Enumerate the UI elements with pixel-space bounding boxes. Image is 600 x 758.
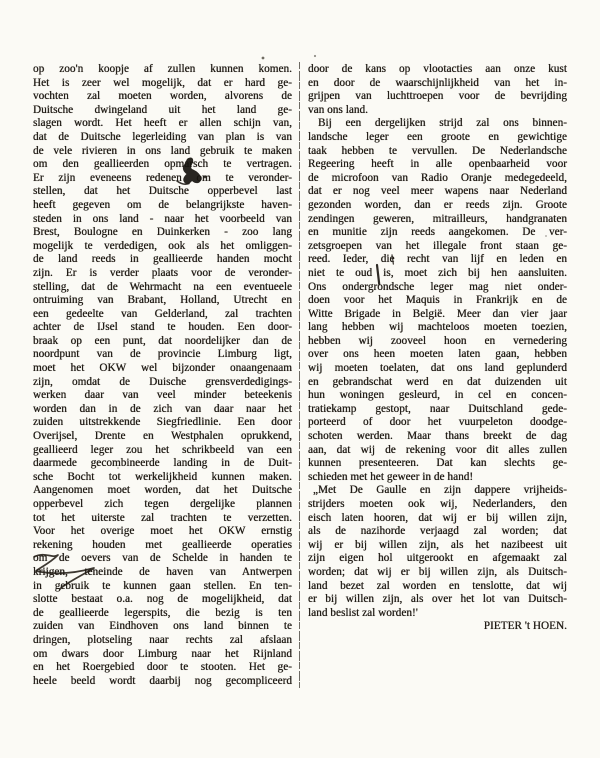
text-line: van ons land. [308,104,567,118]
article-column-left: op zoo'n koopje af zullen kunnen komen.H… [33,63,292,688]
text-line: heeft gegeven om de belangrijkste haven- [33,199,292,213]
text-line: zijn eigen hol uitgerookt en afgemaakt z… [308,552,567,566]
text-line: reed. Ieder, die recht van lijf en leden… [308,253,567,267]
newspaper-scan-page: op zoo'n koopje af zullen kunnen komen.H… [0,0,600,758]
text-line: de vele rivieren in ons land gebruik te … [33,145,292,159]
text-line: Ons ondergrondsche leger mag niet onder- [308,281,567,295]
text-line: schoten werden. Maar thans breekt de dag [308,430,567,444]
text-line: de geallieerde legerspits, die bezig is … [33,607,292,621]
text-line: landsche leger een groote en gewichtige [308,131,567,145]
text-line: wij moeten toelaten, dat ons land geplun… [308,362,567,376]
text-line: kunnen presenteeren. Dat kan slechts ge- [308,457,567,471]
text-line: porteerd of door het vuurpeleton doodge- [308,416,567,430]
text-line: dringen, plotseling naar rechts zal afsl… [33,634,292,648]
text-line: Het is zeer wel mogelijk, dat er hard ge… [33,77,292,91]
text-line: worden; dat wij er bij willen zijn, als … [308,566,567,580]
text-line: zijn, omdat de Duische grensverdedigings… [33,376,292,390]
text-line: in gebruik te kunnen gaan stellen. En te… [33,580,292,594]
text-line: op zoo'n koopje af zullen kunnen komen. [33,63,292,77]
text-line: sche Bocht tot werkelijkheid kunnen make… [33,471,292,485]
text-line: zuiden uitstrekkende Siegfriedlinie. Een… [33,416,292,430]
text-line: hebben wij zooveel hoon en vernedering [308,335,567,349]
text-line: over ons heen moeten laten gaan, hebben [308,348,567,362]
text-line: Regeering heeft in alle openbaarheid voo… [308,158,567,172]
text-line: en het Roergebied door te stooten. Het g… [33,661,292,675]
text-line: doen voor het Maquis in Frankrijk en de [308,294,567,308]
text-line: braak op een punt, dat noordelijker dan … [33,335,292,349]
text-line: achter de IJsel stand te houden. Een doo… [33,321,292,335]
text-line: zendingen geweren, mitrailleurs, handgra… [308,213,567,227]
text-line: slagen wordt. Het heeft er allen schijn … [33,117,292,131]
text-line: schieden met het geweer in de hand! [308,471,567,485]
text-line: stellen, dat het Duitsche opperbevel las… [33,185,292,199]
column-divider-rule [299,62,300,688]
text-line: en munitie zijn reeds aangekomen. De ver… [308,226,567,240]
signature-line: PIETER 't HOEN. [308,620,567,634]
text-line: Bij een dergelijken strijd zal ons binne… [308,117,567,131]
text-line: moet het OKW wel bijzonder onaangenaam [33,362,292,376]
text-line: krijgen, teneinde de haven van Antwerpen [33,566,292,580]
text-line: Witte Brigade in België. Meer dan vier j… [308,308,567,322]
text-line: om dwars door Limburg naar het Rijnland [33,648,292,662]
text-line: daarmede gecombineerde landing in de Dui… [33,457,292,471]
text-line: de land reeds in geallieerde handen moch… [33,253,292,267]
text-line: steden in ons land - naar het voorbeeld … [33,213,292,227]
text-line: dat de Duitsche legerleiding van plan is… [33,131,292,145]
text-line: Duitsche dwingeland uit het land ge- [33,104,292,118]
text-line: land beslist zal worden!' [308,607,567,621]
text-line: geallieerd leger zou het schrikbeeld van… [33,444,292,458]
text-line: om den geallieerden opmarsch te vertrage… [33,158,292,172]
text-line: dat er nog veel meer wapens naar Nederla… [308,185,567,199]
text-line: taak hebben te vervullen. De Nederlandsc… [308,145,567,159]
text-line: hun woningen gesleurd, in cel en concen- [308,389,567,403]
text-line: Er zijn eveneens redenen om te veronder- [33,172,292,186]
text-line: land bezet zal worden en tenslotte, dat … [308,580,567,594]
text-line: als de nazihorde verjaagd zal worden; da… [308,525,567,539]
text-line: door de kans op vlootacties aan onze kus… [308,63,567,77]
text-line: tot het uiterste zal trachten te verzett… [33,512,292,526]
text-line: zijn. Er is verder plaats voor de verond… [33,267,292,281]
text-line: wij er bij willen zijn, als het nazibees… [308,539,567,553]
text-line: gezonden worden, dan er reeds zijn. Groo… [308,199,567,213]
text-line: rekening houden met geallieerde operatie… [33,539,292,553]
text-line: vochten zal moeten worden, alvorens de [33,90,292,104]
text-line: slotte bestaat o.a. nog de mogelijkheid,… [33,593,292,607]
text-line: mogelijk te verdedigen, ook als het omli… [33,240,292,254]
text-line: Voor het overige moet het OKW ernstig [33,525,292,539]
text-line: „Met De Gaulle en zijn dappere vrijheids… [308,484,567,498]
text-line: lang hebben wij machteloos moeten toezie… [308,321,567,335]
text-line: eisch laten hooren, dat wij er bij wille… [308,512,567,526]
text-line: en gebrandschat werd en dat duizenden ui… [308,376,567,390]
text-line: zuiden van Eindhoven ons land binnen te [33,620,292,634]
text-line: ontruiming van Brabant, Holland, Utrecht… [33,294,292,308]
article-column-right: door de kans op vlootacties aan onze kus… [308,63,567,634]
text-line: opperbevel zich tegen dergelijke plannen [33,498,292,512]
text-line: om de oevers van de Schelde in handen te [33,552,292,566]
text-line: worden dan in de zich van daar naar het [33,403,292,417]
text-line: er bij willen zijn, als over het lot van… [308,593,567,607]
text-line: strijders moeten ook wij, Nederlanders, … [308,498,567,512]
text-line: en door de waarschijnlijkheid van het in… [308,77,567,91]
text-line: tratiekamp gestopt, naar Duitschland ged… [308,403,567,417]
text-line: werken daar van veel minder beteekenis [33,389,292,403]
text-line: Overijsel, Drente en Westphalen oprukken… [33,430,292,444]
text-line: grijpen van luchttroepen voor de bevrijd… [308,90,567,104]
text-line: zetsgroepen van het illegale front staan… [308,240,567,254]
text-line: noordpunt van de provincie Limburg ligt, [33,348,292,362]
text-line: Brest, Boulogne en Duinkerken - zoo lang [33,226,292,240]
text-line: heele beeld wordt daarbij nog gecomplice… [33,675,292,689]
text-line: stelling, dat de Wehrmacht na een eventu… [33,281,292,295]
text-line: de microfoon van Radio Oranje medegedeel… [308,172,567,186]
text-line: niet te oud is, moet zich bij hen aanslu… [308,267,567,281]
text-line: aan, dat wij de rekening voor dit alles … [308,444,567,458]
text-line: Aangenomen moet worden, dat het Duitsche [33,484,292,498]
text-line: een gedeelte van Gelderland, zal trachte… [33,308,292,322]
